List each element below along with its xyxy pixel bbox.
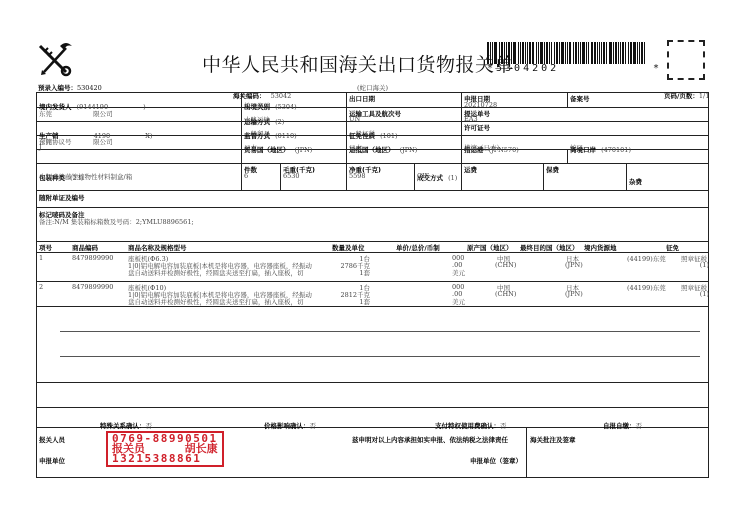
goods-header-name: 商品名称及规格型号 [128,243,187,252]
contract-label: 合同协议号 [39,137,72,146]
legal-statement: 兹申明对以上内容承担如实申报、依法纳税之法律责任 [352,435,508,444]
vessel-value: UN [349,115,360,123]
pieces-value: 6 [244,172,248,180]
goods-row-source: (44199)东莞 [627,254,666,263]
goods-header-hs: 商品编码 [72,243,98,252]
dest-country-code: (JPN) [400,146,418,154]
goods-header-qty: 数量及单位 [332,243,365,252]
contract-value: J [39,143,42,151]
goods-row-no: 2 [39,283,43,291]
goods-row-qty3: 1套 [359,268,370,277]
customs-name: (蛇口海关) [357,83,388,92]
seal-label: 申报单位（签章） [470,456,522,465]
preentry-value: 530420 [77,84,102,92]
customs-approval-label: 海关批注及签章 [530,435,576,444]
self-pay-value: 否 [636,422,643,430]
goods-header-price: 单价/总价/币制 [396,243,440,252]
customs-emblem-icon [36,40,74,78]
royalty-label: 支付特权使用费确认： [435,422,500,430]
freight-label: 运费 [464,165,477,174]
goods-header-dest: 最终目的国（地区） [520,243,579,252]
port-value: 横滨（日本） [464,143,503,152]
broker-stamp: 0769-88990501 报关员 胡长康 13215388861 [106,431,224,467]
goods-row-dest-code: (JPN) [565,261,583,269]
goods-row-currency: 美元 [452,297,465,306]
record-no-label: 备案号 [570,94,590,103]
deal-code: (1) [448,174,457,182]
stamp-mobile: 13215388861 [112,454,218,464]
package-value: 木制或竹藤等植物性材料制盒/箱 [39,172,132,181]
goods-row-hs: 8479899990 [72,283,113,291]
goods-row-dest-code: (JPN) [565,290,583,298]
preentry-label: 预录入编号： [38,84,77,92]
misc-fee-label: 杂费 [629,177,642,186]
goods-row-levy-code: (1) [700,261,709,269]
declare-date-value: 20210728 [464,101,497,109]
goods-row-qty3: 1套 [359,297,370,306]
goods-header-origin: 原产国（地区） [467,243,513,252]
special-relation-label: 特殊关系确认： [100,422,146,430]
goods-header-source: 境内货源地 [584,243,617,252]
export-date-label: 出口日期 [349,94,375,103]
barcode: *5304202 * [487,42,661,74]
qr-code-placeholder [667,40,705,80]
self-pay-label: 自报自缴： [603,422,636,430]
barcode-text: *5304202 [487,63,559,74]
goods-row-hs: 8479899990 [72,254,113,262]
declarant-label: 申报单位 [39,456,65,465]
goods-header-levy: 征免 [666,243,679,252]
marks-value: 备注:N/M 集装箱标箱数及号码：2;YMLU8896561; [39,217,194,226]
goods-row-origin-code: (CHN) [495,261,516,269]
docs-label: 随附单证及编号 [39,193,85,202]
shipper-code-end: ) [143,103,146,111]
broker-label: 报关人员 [39,435,65,444]
page-title: 中华人民共和国海关出口货物报关单 [202,50,514,77]
goods-row-spec2: 盘自动送料并检测好极性，经圆盘夹送至打扁，插入座板，切 [128,297,304,306]
goods-row-source: (44199)东莞 [627,283,666,292]
goods-row-levy-code: (1) [700,290,709,298]
goods-header-no: 项号 [39,243,52,252]
exit-port-code: (470101) [601,146,631,154]
goods-row-origin-code: (CHN) [495,290,516,298]
price-influence-value: 否 [310,422,317,430]
goods-row-spec2: 盘自动送料并检测好极性，经圆盘夹送至打扁，插入座板，切 [128,268,304,277]
trade-country-code: (JPN) [295,146,313,154]
exit-port-value: 蛇口 [570,143,583,152]
license-label: 许可证号 [464,123,490,132]
gross-weight-value: 6530 [283,172,300,180]
producer-name-end: 限公司 [93,138,113,146]
dest-country-value: 日本 [349,143,362,152]
goods-row-currency: 美元 [452,268,465,277]
insurance-label: 保费 [546,165,559,174]
trade-country-value: 日本 [244,143,257,152]
goods-row-no: 1 [39,254,43,262]
shipper-name: 东莞 [39,110,52,118]
price-influence-label: 价格影响确认： [264,422,310,430]
deal-value: CIF [417,172,429,180]
royalty-value: 否 [500,422,507,430]
producer-code-end: X) [145,132,152,140]
special-relation-value: 否 [146,422,153,430]
shipper-name-end: 限公司 [93,110,113,118]
net-weight-value: 5598 [349,172,366,180]
bl-value: EA3 [464,115,478,123]
barcode-end: * [653,63,662,74]
